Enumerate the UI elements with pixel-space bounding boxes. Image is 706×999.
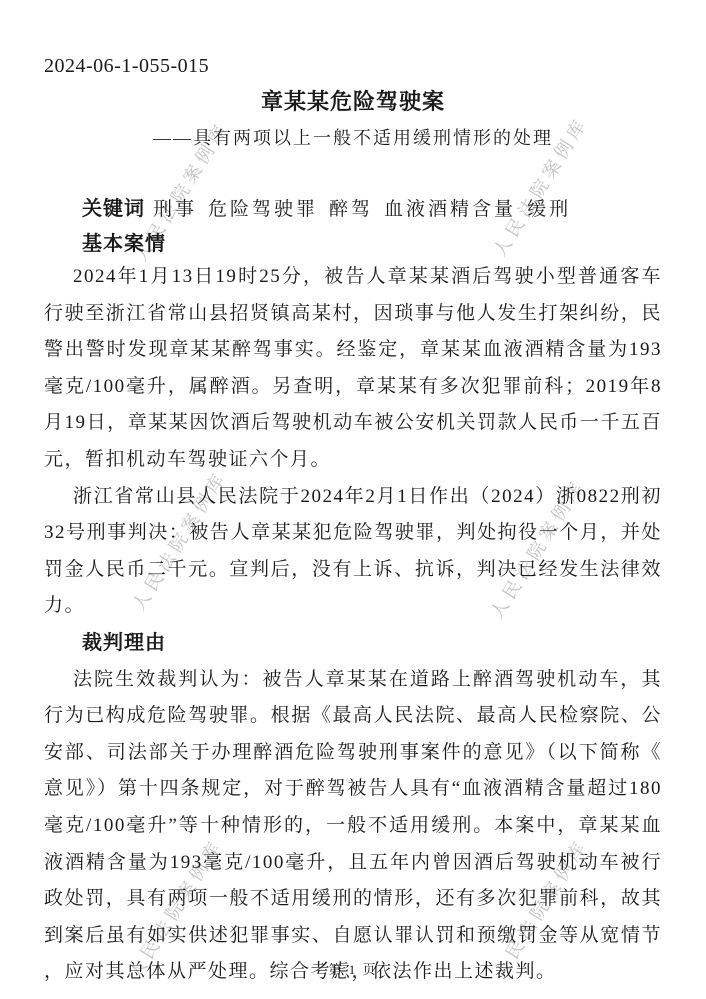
page-number: 第 1 页	[0, 959, 706, 978]
keywords-line: 关键词刑事危险驾驶罪醉驾血液酒精含量缓刑	[82, 195, 662, 224]
document-content: 2024-06-1-055-015 章某某危险驾驶案 ——具有两项以上一般不适用…	[44, 0, 662, 991]
paragraph-facts-2: 浙江省常山县人民法院于2024年2月1日作出（2024）浙0822刑初32号刑事…	[44, 479, 662, 625]
keyword: 刑事	[153, 199, 197, 220]
court-case-document-page: 人民法院案例库人民法院案例库人民法院案例库人民法院案例库人民法院案例库人民法院案…	[0, 0, 706, 999]
keyword: 醉驾	[329, 199, 373, 220]
keywords-list: 刑事危险驾驶罪醉驾血液酒精含量缓刑	[153, 199, 582, 220]
section-heading-judgment-reasons: 裁判理由	[82, 625, 662, 662]
case-reference-number: 2024-06-1-055-015	[44, 0, 662, 78]
case-subtitle: ——具有两项以上一般不适用缓刑情形的处理	[44, 127, 662, 149]
paragraph-reasons-1: 法院生效裁判认为：被告人章某某在道路上醉酒驾驶机动车，其行为已构成危险驾驶罪。根…	[44, 662, 662, 991]
keyword: 缓刑	[527, 199, 571, 220]
keyword: 血液酒精含量	[384, 199, 516, 220]
case-title: 章某某危险驾驶案	[44, 88, 662, 115]
section-heading-basic-facts: 基本案情	[82, 230, 662, 259]
paragraph-facts-1: 2024年1月13日19时25分，被告人章某某酒后驾驶小型普通客车行驶至浙江省常…	[44, 259, 662, 479]
keyword: 危险驾驶罪	[208, 199, 318, 220]
keywords-label: 关键词	[82, 198, 145, 220]
